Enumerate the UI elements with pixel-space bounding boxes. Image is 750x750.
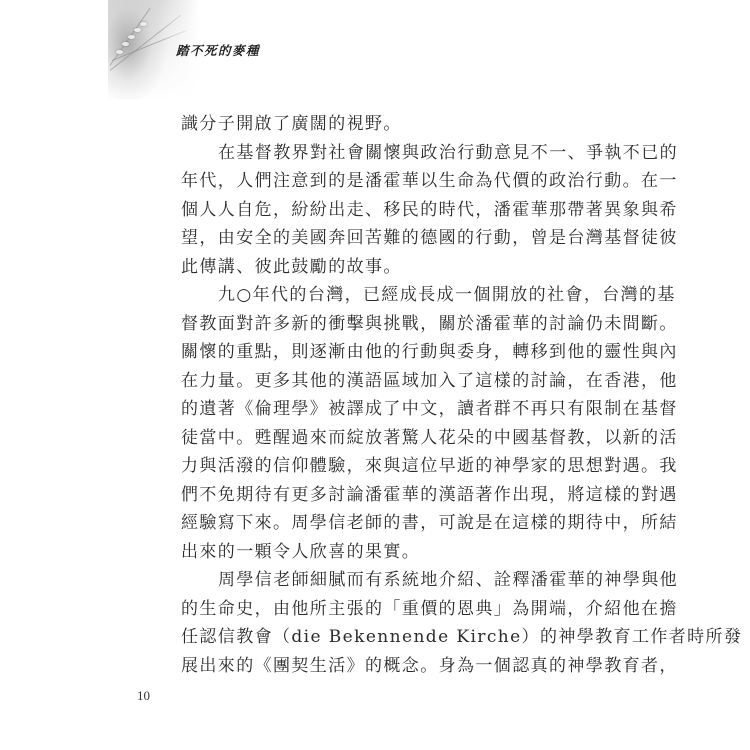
text-line: 此傳講、彼此鼓勵的故事。 (181, 253, 571, 282)
text-line: 徒當中。甦醒過來而綻放著驚人花朵的中國基督教，以新的活 (181, 424, 571, 453)
book-page: 踏不死的麥種 識分子開啟了廣闊的視野。在基督教界對社會關懷與政治行動意見不一、爭… (0, 0, 750, 750)
text-line: 督教面對許多新的衝擊與挑戰，關於潘霍華的討論仍未間斷。 (181, 310, 571, 339)
text-line: 經驗寫下來。周學信老師的書，可說是在這樣的期待中，所結 (181, 509, 571, 538)
text-line: 望，由安全的美國奔回苦難的德國的行動，曾是台灣基督徒彼 (181, 224, 571, 253)
text-line: 出來的一顆令人欣喜的果實。 (181, 538, 571, 567)
page-number: 10 (137, 688, 150, 704)
text-line: 們不免期待有更多討論潘霍華的漢語著作出現，將這樣的對遇 (181, 481, 571, 510)
running-head: 踏不死的麥種 (176, 41, 260, 59)
text-line: 的遺著《倫理學》被譯成了中文，讀者群不再只有限制在基督 (181, 395, 571, 424)
text-line: 力與活潑的信仰體驗，來與這位早逝的神學家的思想對遇。我 (181, 452, 571, 481)
body-text: 識分子開啟了廣闊的視野。在基督教界對社會關懷與政治行動意見不一、爭執不已的年代，… (181, 110, 571, 680)
text-line: 在基督教界對社會關懷與政治行動意見不一、爭執不已的 (181, 139, 571, 168)
text-line: 任認信教會（die Bekennende Kirche）的神學教育工作者時所發 (181, 623, 571, 652)
text-line: 九○年代的台灣，已經成長成一個開放的社會，台灣的基 (181, 281, 571, 310)
text-line: 在力量。更多其他的漢語區域加入了這樣的討論，在香港，他 (181, 367, 571, 396)
text-line: 識分子開啟了廣闊的視野。 (181, 110, 571, 139)
text-line: 年代，人們注意到的是潘霍華以生命為代價的政治行動。在一 (181, 167, 571, 196)
text-line: 個人人自危，紛紛出走、移民的時代，潘霍華那帶著異象與希 (181, 196, 571, 225)
text-line: 關懷的重點，則逐漸由他的行動與委身，轉移到他的靈性與內 (181, 338, 571, 367)
text-line: 展出來的《團契生活》的概念。身為一個認真的神學教育者， (181, 652, 571, 681)
text-line: 的生命史，由他所主張的「重價的恩典」為開端，介紹他在擔 (181, 595, 571, 624)
text-line: 周學信老師細膩而有系統地介紹、詮釋潘霍華的神學與他 (181, 566, 571, 595)
